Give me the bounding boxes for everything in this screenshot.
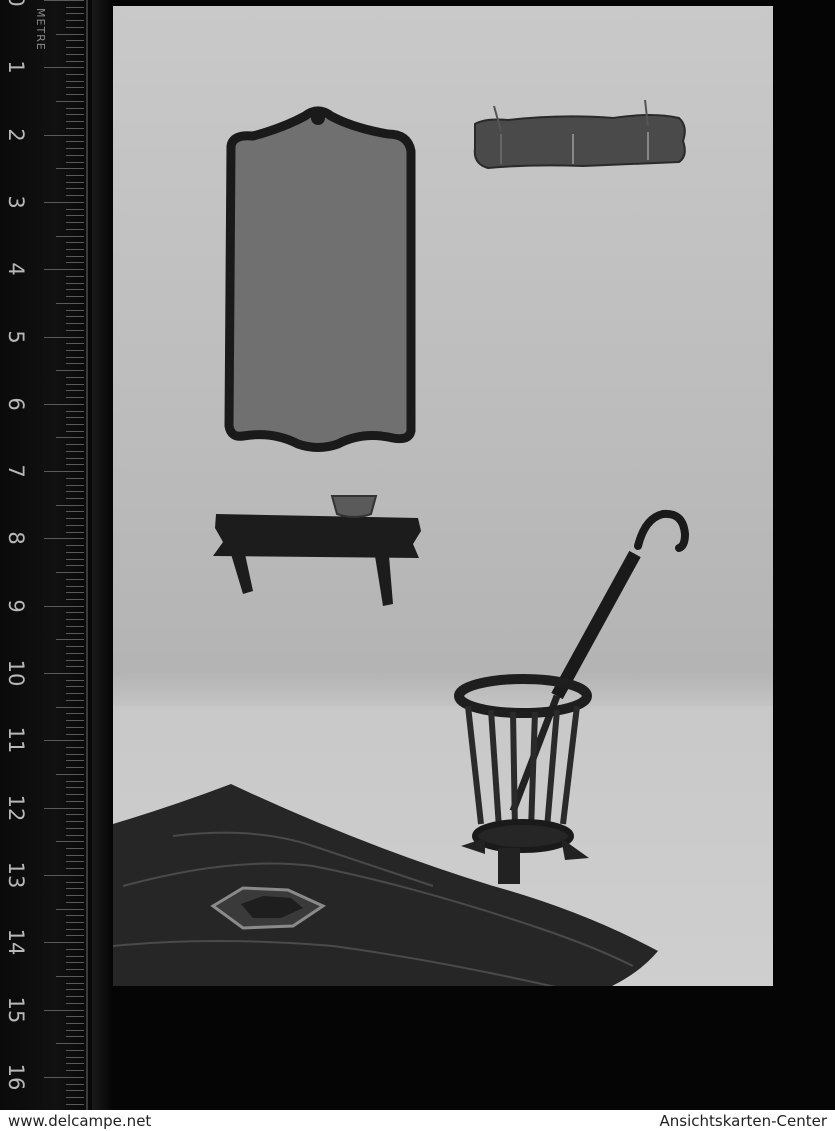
ruler-tick [66,559,84,560]
ruler-tick [66,94,84,95]
ruler-tick [66,579,84,580]
ruler-number: 6 [4,390,28,418]
ruler-tick [66,357,84,358]
ruler-tick [56,976,84,977]
ruler-tick [66,653,84,654]
scanned-negative: METRE 012345678910111213141516 [0,0,835,1110]
ruler-tick [66,7,84,8]
ruler-tick [66,162,84,163]
ruler-tick [66,316,84,317]
ruler-tick [66,384,84,385]
ruler-tick [56,101,84,102]
ruler-tick [56,34,84,35]
ruler-tick [66,141,84,142]
ruler-tick [66,720,84,721]
ruler-tick [66,485,84,486]
ruler-tick [44,942,84,943]
ruler-tick [66,128,84,129]
ruler-tick [66,700,84,701]
ruler-tick [66,417,84,418]
ruler-tick [66,390,84,391]
ruler-tick [44,135,84,136]
ruler-tick [66,949,84,950]
ruler-tick [44,808,84,809]
ruler-tick [66,310,84,311]
ruler-tick [66,296,84,297]
ruler-tick [66,518,84,519]
ruler-tick [66,552,84,553]
ruler-tick [66,424,84,425]
ruler-tick [44,538,84,539]
ruler-edge [86,0,88,1110]
wall-mirror [229,111,411,448]
bowl [332,496,376,517]
photo-frame [113,6,773,986]
ruler-tick [44,740,84,741]
ruler-number: 8 [4,524,28,552]
footer-watermarks: www.delcampe.net Ansichtskarten-Center [0,1110,835,1131]
ruler-tick [66,882,84,883]
ruler-tick [66,511,84,512]
ruler-number: 16 [4,1063,28,1091]
ruler-tick [66,915,84,916]
ruler-tick [66,612,84,613]
ruler-tick [66,565,84,566]
ruler-tick [66,249,84,250]
ruler-unit-label: METRE [34,8,47,51]
ruler-tick [66,256,84,257]
ruler-tick [66,592,84,593]
ruler-number: 13 [4,861,28,889]
ruler-tick [44,202,84,203]
ruler-tick [66,209,84,210]
ruler-number: 2 [4,121,28,149]
ruler-tick [66,996,84,997]
ruler-tick [66,801,84,802]
ruler-tick [56,909,84,910]
ruler-tick [66,464,84,465]
wall-shelf [213,514,421,606]
ruler-tick [56,437,84,438]
ruler-tick [66,1030,84,1031]
ruler-tick [66,283,84,284]
ruler-number: 10 [4,659,28,687]
ruler-tick [66,754,84,755]
ruler-tick [66,633,84,634]
ruler-tick [66,619,84,620]
ruler-number: 1 [4,53,28,81]
ruler-tick [66,289,84,290]
ruler-tick [66,61,84,62]
ruler-tick [66,343,84,344]
ruler-tick [66,821,84,822]
ruler-tick [66,323,84,324]
ruler-tick [66,87,84,88]
ruler-tick [66,1090,84,1091]
ruler-tick [44,269,84,270]
ruler-tick [66,54,84,55]
ruler-tick [66,868,84,869]
coat-rack [475,100,685,168]
ruler-tick [66,451,84,452]
ruler-tick [66,989,84,990]
ruler-tick [66,175,84,176]
ruler-number: 5 [4,323,28,351]
ruler-tick [56,1043,84,1044]
ruler-tick [66,1097,84,1098]
ruler-number: 14 [4,928,28,956]
ruler-tick [56,505,84,506]
ruler-tick [66,727,84,728]
ruler-tick [66,397,84,398]
ruler-tick [66,1050,84,1051]
ruler-tick [66,646,84,647]
ruler-tick [44,0,84,1]
ruler-tick [66,545,84,546]
ruler-tick [66,444,84,445]
ruler-tick [56,168,84,169]
photo-scene [113,6,773,986]
ruler-tick [66,929,84,930]
ruler-tick [66,478,84,479]
ruler-tick [44,471,84,472]
ruler-tick [56,370,84,371]
ruler-tick [66,586,84,587]
ruler-tick [66,855,84,856]
ruler-tick [66,182,84,183]
ruler-tick [66,363,84,364]
ruler-number: 0 [4,0,28,14]
ruler-tick [66,666,84,667]
ruler-tick [66,377,84,378]
ruler-tick [44,337,84,338]
ruler-tick [66,895,84,896]
ruler-tick [66,781,84,782]
ruler-tick [66,848,84,849]
ruler-tick [66,828,84,829]
ruler-tick [66,956,84,957]
ruler-tick [66,888,84,889]
ruler-tick [66,660,84,661]
ruler-tick [66,27,84,28]
ruler-tick [66,81,84,82]
ruler-tick [66,835,84,836]
ruler-tick [66,626,84,627]
ruler-tick [66,1036,84,1037]
ruler-tick [66,1070,84,1071]
watermark-right: Ansichtskarten-Center [660,1112,828,1130]
ruler-tick [56,572,84,573]
ruler-number: 3 [4,188,28,216]
ruler-tick [66,74,84,75]
ruler-number: 7 [4,457,28,485]
ruler-tick [66,693,84,694]
ruler-tick [66,458,84,459]
ruler-tick [66,969,84,970]
ruler-tick [44,404,84,405]
ruler-tick [66,962,84,963]
ruler-tick [66,491,84,492]
ruler-tick [66,902,84,903]
ruler-tick [66,747,84,748]
ruler-tick [66,276,84,277]
ruler-tick [66,794,84,795]
ruler-tick [66,242,84,243]
ruler-tick [56,639,84,640]
ruler-tick [66,680,84,681]
ruler-tick [66,215,84,216]
ruler-tick [66,108,84,109]
ruler-tick [66,431,84,432]
ruler-tick [66,935,84,936]
ruler-tick [66,13,84,14]
ruler-tick [44,606,84,607]
ruler-tick [44,67,84,68]
ruler-number: 12 [4,794,28,822]
ruler-tick [66,713,84,714]
ruler-tick [66,350,84,351]
ruler-number: 9 [4,592,28,620]
ruler-tick [66,734,84,735]
ruler-tick [66,532,84,533]
ruler-number: 4 [4,255,28,283]
ruler-tick [66,411,84,412]
ruler-tick [66,922,84,923]
ruler-tick [44,673,84,674]
ruler-tick [66,814,84,815]
ruler-tick [44,1010,84,1011]
watermark-left: www.delcampe.net [8,1112,151,1130]
ruler-tick [66,760,84,761]
ruler-tick [66,1063,84,1064]
ruler-tick [66,1023,84,1024]
ruler-tick [66,148,84,149]
ruler-tick [66,222,84,223]
ruler-tick [56,236,84,237]
ruler-tick [66,47,84,48]
ruler-tick [66,498,84,499]
ruler-tick [66,1057,84,1058]
ruler-tick [66,195,84,196]
ruler-tick [66,20,84,21]
ruler-tick [66,1104,84,1105]
ruler-tick [66,188,84,189]
ruler-tick [56,774,84,775]
ruler-tick [66,1016,84,1017]
ruler-tick [66,121,84,122]
ruler-tick [56,707,84,708]
ruler-number: 11 [4,726,28,754]
ruler-tick [66,262,84,263]
ruler-tick [44,1077,84,1078]
ruler-tick [56,303,84,304]
ruler-number: 15 [4,996,28,1024]
film-strip-edge [92,0,112,1110]
ruler-tick [66,114,84,115]
ruler-tick [66,686,84,687]
ruler-tick [66,1084,84,1085]
ruler-tick [66,983,84,984]
ruler-tick [66,155,84,156]
ruler-tick [66,229,84,230]
ruler-tick [66,1003,84,1004]
ruler-tick [66,767,84,768]
ruler-tick [66,787,84,788]
ruler-tick [66,599,84,600]
ruler-tick [56,841,84,842]
ruler-tick [66,861,84,862]
ruler-tick [66,330,84,331]
ruler: METRE 012345678910111213141516 [0,0,92,1110]
ruler-tick [44,875,84,876]
ruler-tick [66,525,84,526]
ruler-tick [66,40,84,41]
